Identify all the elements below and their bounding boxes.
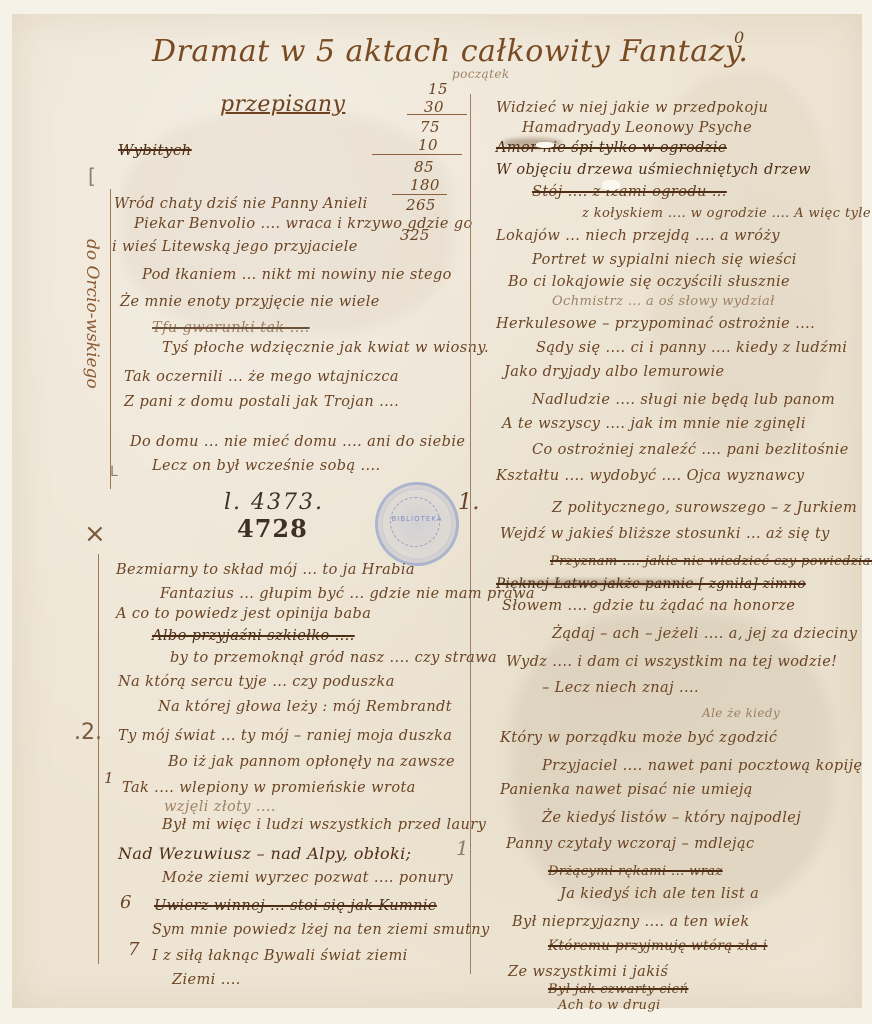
margin-cross-mark: × [84, 519, 106, 549]
verse-line: Ale że kiedy [702, 706, 780, 720]
verse-line: Z politycznego, surowszego – z Jurkiem [552, 500, 857, 516]
verse-line: Sym mnie powiedz lżej na ten ziemi smutn… [152, 922, 490, 938]
verse-line: Widzieć w niej jakie w przedpokoju [496, 100, 768, 116]
verse-line: A te wszyscy .... jak im mnie nie zginęl… [502, 416, 806, 432]
verse-line: Lecz on był wcześnie sobą .... [152, 458, 381, 474]
verse-line: Panny czytały wczoraj – mdlejąc [506, 836, 755, 852]
margin-number-1-low: 1 [456, 836, 469, 860]
manuscript-page: 0 Dramat w 5 aktach całkowity Fantazy. p… [12, 14, 862, 1008]
margin-bracket-bottom: L [110, 464, 118, 480]
verse-line: Ja kiedyś ich ale ten list a [560, 886, 759, 902]
title-gloss: początek [452, 67, 510, 81]
verse-line: Ze wszystkimi i jakiś [508, 964, 668, 980]
verse-line: Sądy się .... ci i panny .... kiedy z lu… [536, 340, 847, 356]
struck-verse-line: Któremu przyjmuję wtórą zła i [548, 938, 768, 954]
verse-line: i wieś Litewską jego przyjaciele [112, 239, 358, 255]
margin-number-1-mid: 1. [458, 490, 480, 515]
verse-line: Tak oczernili ... że mego wtajniczca [124, 369, 399, 385]
verse-line: wzjęli złoty .... [164, 799, 276, 815]
margin-number-2: .2. [74, 720, 102, 745]
verse-line: Na której głowa leży : mój Rembrandt [158, 699, 452, 715]
margin-rule-lower [98, 554, 99, 964]
margin-bracket-top: [ [88, 164, 96, 188]
verse-line: Był mi więc i ludzi wszystkich przed lau… [162, 817, 486, 833]
tally-value: 85 [414, 158, 434, 176]
paper-hole [536, 142, 554, 148]
verse-line: Nad Wezuwiusz – nad Alpy, obłoki; [118, 844, 411, 863]
verse-line: Herkulesowe – przypominać ostrożnie .... [496, 316, 815, 332]
verse-line: z kołyskiem .... w ogrodzie .... A więc … [582, 206, 871, 221]
verse-line: W objęciu drzewa uśmiechniętych drzew [496, 162, 811, 178]
verse-line: Co ostrożniej znaleźć .... pani bezlitoś… [532, 442, 849, 458]
verse-line: Ziemi .... [172, 972, 241, 988]
column-divider [470, 94, 471, 974]
struck-verse-line: Uwierz winnej ... stoi się jak Kumnie [154, 898, 437, 914]
manuscript-subtitle: przepisany [220, 92, 345, 117]
struck-verse-line: Był jak czwarty cień [548, 982, 688, 997]
tally-value: 10 [418, 136, 438, 154]
verse-line: Wejdź w jakieś bliższe stosunki ... aż s… [500, 526, 830, 542]
verse-line: Bezmiarny to skład mój ... to ja Hrabia [116, 562, 415, 578]
struck-heading: Wybitych [118, 141, 192, 159]
verse-line: Żądaj – ach – jeżeli .... a, jej za dzie… [552, 626, 857, 642]
verse-line: Kształtu .... wydobyć .... Ojca wyznawcy [496, 468, 804, 484]
verse-line: Piekar Benvolio .... wraca i krzywo gdzi… [134, 216, 473, 232]
tally-rule [372, 154, 462, 155]
inventory-number-printed: 4728 [237, 514, 308, 543]
tally-rule [392, 194, 447, 195]
verse-line: A co to powiedz jest opinija baba [116, 606, 371, 622]
verse-line: Że mnie enoty przyjęcie nie wiele [120, 294, 380, 310]
verse-line: Jako dryjady albo lemurowie [504, 364, 725, 380]
manuscript-title: Dramat w 5 aktach całkowity Fantazy. [152, 34, 748, 69]
verse-line: Słowem .... gdzie tu żądać na honorze [502, 598, 795, 614]
verse-line: Był nieprzyjazny .... a ten wiek [512, 914, 750, 930]
margin-brace-line [110, 189, 111, 489]
verse-line: Z pani z domu postali jak Trojan .... [124, 394, 399, 410]
struck-verse-line: Tfu gwarunki tak .... [152, 320, 310, 336]
verse-line: Ach to w drugi [558, 998, 661, 1013]
verse-line: Bo iż jak pannom opłonęły na zawsze [168, 754, 455, 770]
margin-number-6: 6 [120, 892, 132, 913]
verse-line: by to przemoknął gród nasz .... czy stra… [170, 650, 497, 666]
tally-rule [407, 114, 467, 115]
tally-value: 75 [420, 118, 440, 136]
verse-line: Przyjaciel .... nawet pani pocztową kopi… [542, 758, 863, 774]
library-stamp-text: BIBLIOTEKA [378, 515, 456, 523]
tally-value: 15 [428, 80, 448, 98]
verse-line: Pod łkaniem ... nikt mi nowiny nie stego [142, 267, 452, 283]
verse-line: Że kiedyś listów – który najpodlej [542, 810, 801, 826]
verse-line: Hamadryady Leonowy Psyche [522, 120, 752, 136]
verse-line: Na którą sercu tyje ... czy poduszka [118, 674, 395, 690]
margin-number-7: 7 [128, 939, 140, 960]
tally-value: 265 [406, 196, 436, 214]
library-stamp: BIBLIOTEKA [375, 482, 459, 566]
tally-value: 180 [410, 176, 440, 194]
verse-line: Wród chaty dziś nie Panny Anieli [114, 196, 368, 212]
struck-verse-line: Drżącymi rękami ... wraz [548, 864, 723, 879]
verse-line: Portret w sypialni niech się wieści [532, 252, 797, 268]
verse-line: Do domu ... nie mieć domu .... ani do si… [130, 434, 465, 450]
verse-line: Lokajów ... niech przejdą .... a wróży [496, 228, 780, 244]
ink-blot [502, 580, 702, 586]
verse-line: Ty mój świat ... ty mój – raniej moja du… [118, 728, 452, 744]
verse-line: Tak .... wlepiony w promieńskie wrota [122, 780, 416, 796]
verse-line: I z siłą łaknąc Bywali świat ziemi [152, 948, 408, 964]
shelfmark-handwritten: l. 4373. [224, 490, 324, 515]
margin-vertical-note: do Orcio-wskiego [82, 239, 102, 389]
struck-verse-line: Albo przyjaźni szkiełko .... [152, 628, 355, 644]
verse-line: Może ziemi wyrzec pozwat .... ponury [162, 870, 453, 886]
struck-verse-line: Przyznam .... jakie nie wiedzieć czy pow… [550, 554, 872, 569]
verse-line: Wydz .... i dam ci wszystkim na tej wodz… [506, 654, 837, 670]
verse-line: Bo ci lokajowie się oczyścili słusznie [508, 274, 790, 290]
verse-line: Panienka nawet pisać nie umieją [500, 782, 753, 798]
verse-line: Tyś płoche wdzięcznie jak kwiat w wiosny… [162, 340, 489, 356]
margin-number-1: 1 [104, 769, 114, 787]
verse-line: – Lecz niech znaj .... [542, 680, 699, 696]
verse-line: Fantazius ... głupim być ... gdzie nie m… [160, 586, 535, 602]
paper-hole [602, 180, 620, 190]
verse-line: Nadludzie .... sługi nie będą lub panom [532, 392, 835, 408]
verse-line: Ochmistrz ... a oś słowy wydział [552, 294, 775, 309]
verse-line: Który w porządku może być zgodzić [500, 730, 777, 746]
struck-verse-line: Stój .... z łzami ogrodu ... [532, 184, 727, 200]
